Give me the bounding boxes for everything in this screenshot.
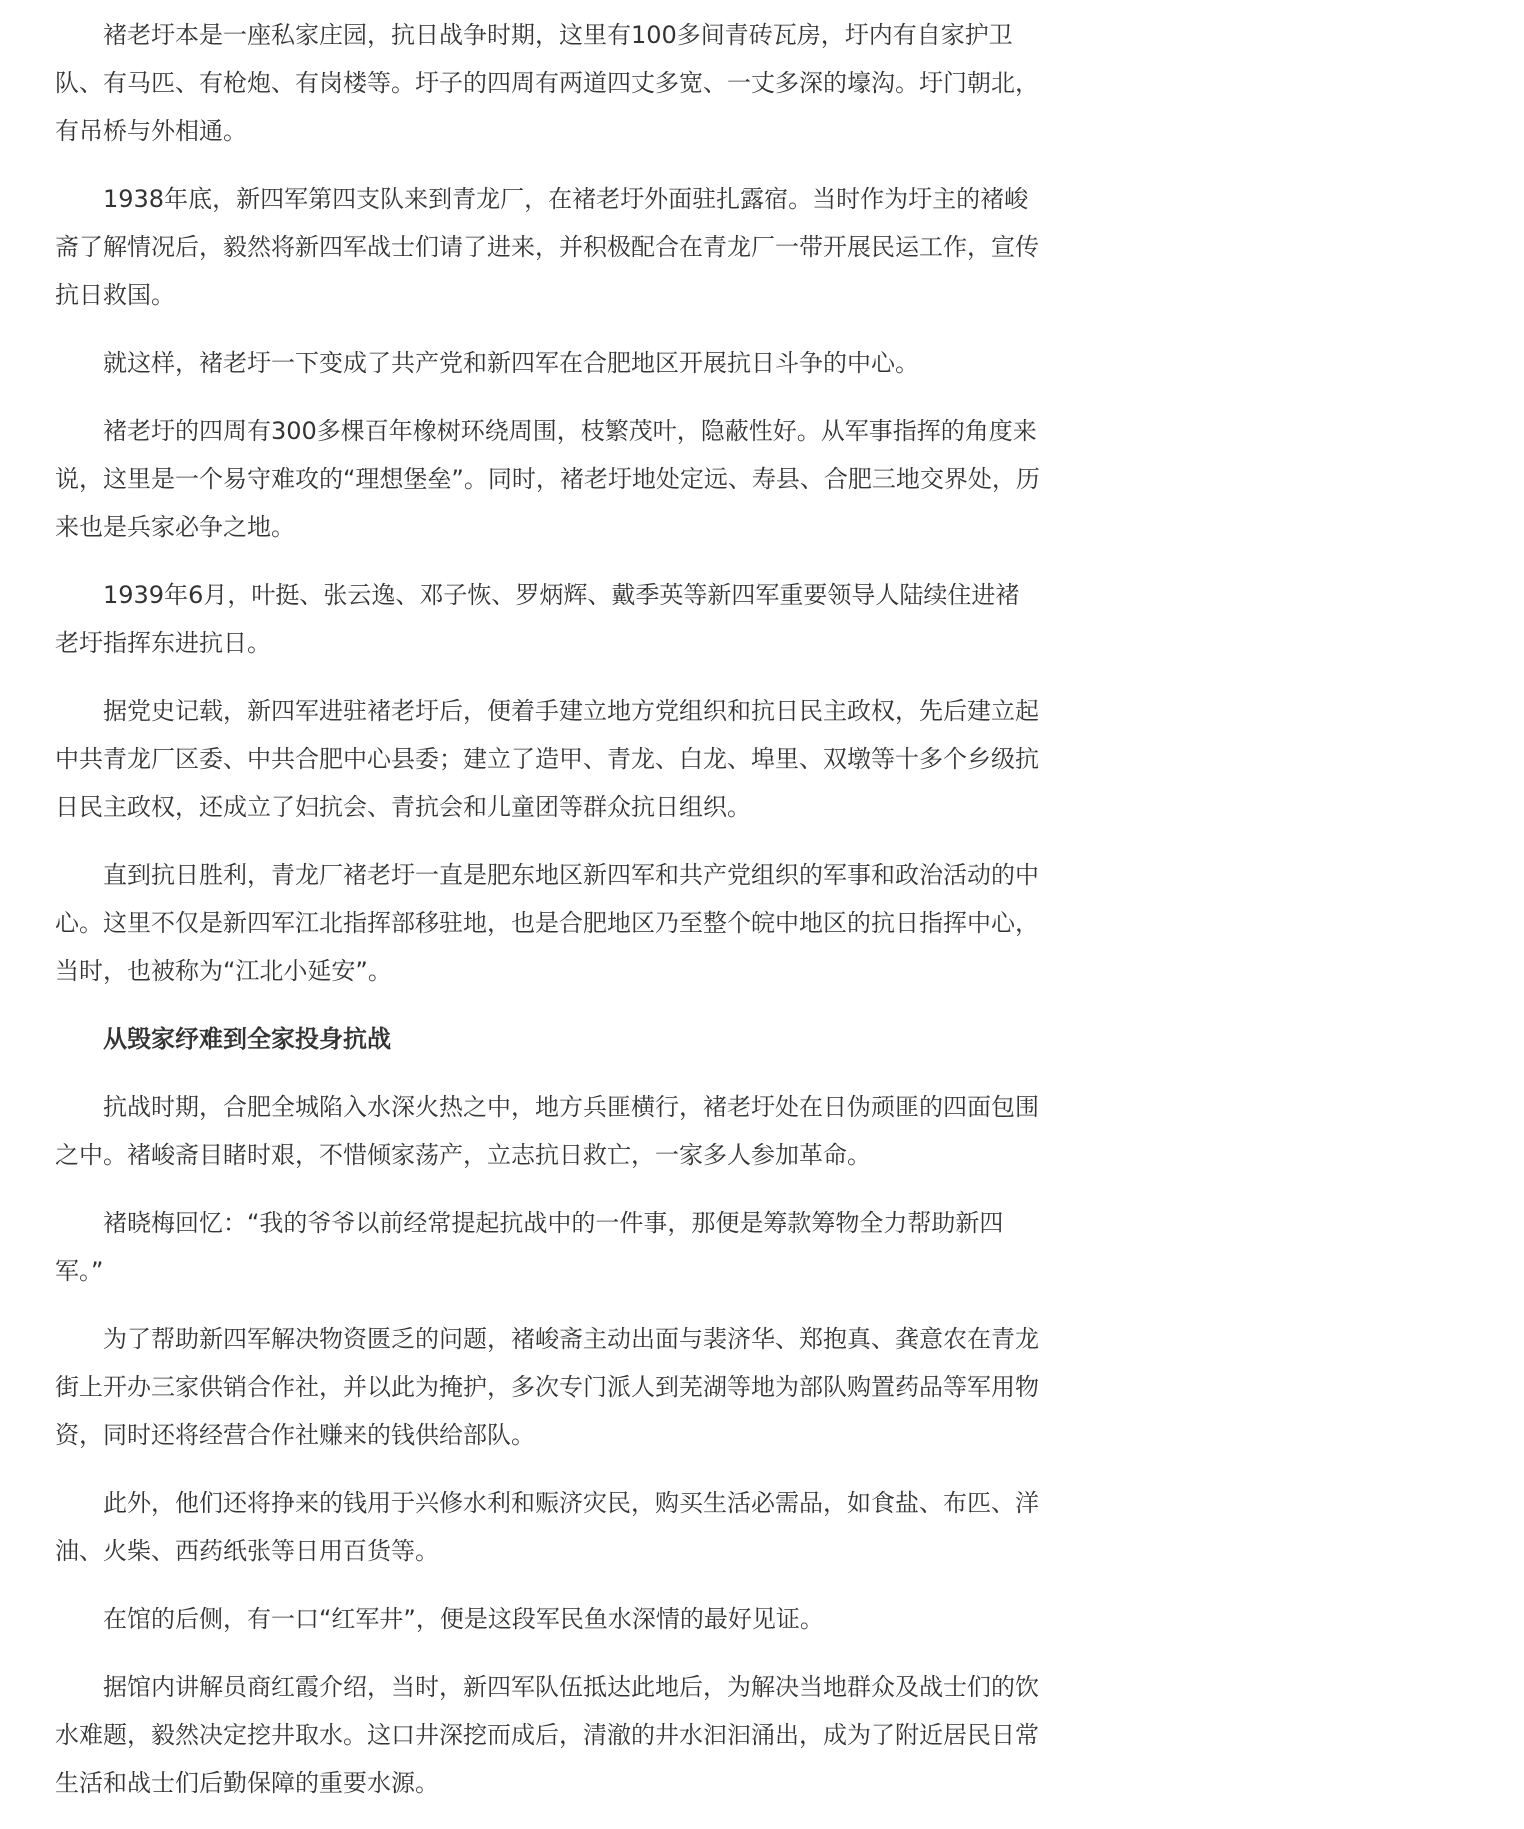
paragraph: 据馆内讲解员商红霞介绍，当时，新四军队伍抵达此地后，为解决当地群众及战士们的饮水…	[55, 1663, 1043, 1807]
paragraph: 据党史记载，新四军进驻褚老圩后，便着手建立地方党组织和抗日民主政权，先后建立起中…	[55, 687, 1043, 831]
paragraph: 1938年底，新四军第四支队来到青龙厂，在褚老圩外面驻扎露宿。当时作为圩主的褚峻…	[55, 175, 1043, 319]
paragraph: 在馆的后侧，有一口“红军井”，便是这段军民鱼水深情的最好见证。	[55, 1595, 1043, 1643]
paragraph: 为了帮助新四军解决物资匮乏的问题，褚峻斋主动出面与裴济华、郑抱真、龚意农在青龙街…	[55, 1315, 1043, 1459]
paragraph: 直到抗日胜利，青龙厂褚老圩一直是肥东地区新四军和共产党组织的军事和政治活动的中心…	[55, 851, 1043, 995]
paragraph: 褚老圩的四周有300多棵百年橡树环绕周围，枝繁茂叶，隐蔽性好。从军事指挥的角度来…	[55, 407, 1043, 551]
article-body: 褚老圩本是一座私家庄园，抗日战争时期，这里有100多间青砖瓦房，圩内有自家护卫队…	[55, 11, 1043, 1827]
section-heading: 从毁家纾难到全家投身抗战	[55, 1015, 1043, 1063]
paragraph: 就这样，褚老圩一下变成了共产党和新四军在合肥地区开展抗日斗争的中心。	[55, 339, 1043, 387]
paragraph: 褚晓梅回忆：“我的爷爷以前经常提起抗战中的一件事，那便是筹款筹物全力帮助新四军。…	[55, 1199, 1043, 1295]
paragraph: 抗战时期，合肥全城陷入水深火热之中，地方兵匪横行，褚老圩处在日伪顽匪的四面包围之…	[55, 1083, 1043, 1179]
paragraph: 此外，他们还将挣来的钱用于兴修水利和赈济灾民，购买生活必需品，如食盐、布匹、洋油…	[55, 1479, 1043, 1575]
paragraph: 褚老圩本是一座私家庄园，抗日战争时期，这里有100多间青砖瓦房，圩内有自家护卫队…	[55, 11, 1043, 155]
paragraph: 1939年6月，叶挺、张云逸、邓子恢、罗炳辉、戴季英等新四军重要领导人陆续住进褚…	[55, 571, 1043, 667]
